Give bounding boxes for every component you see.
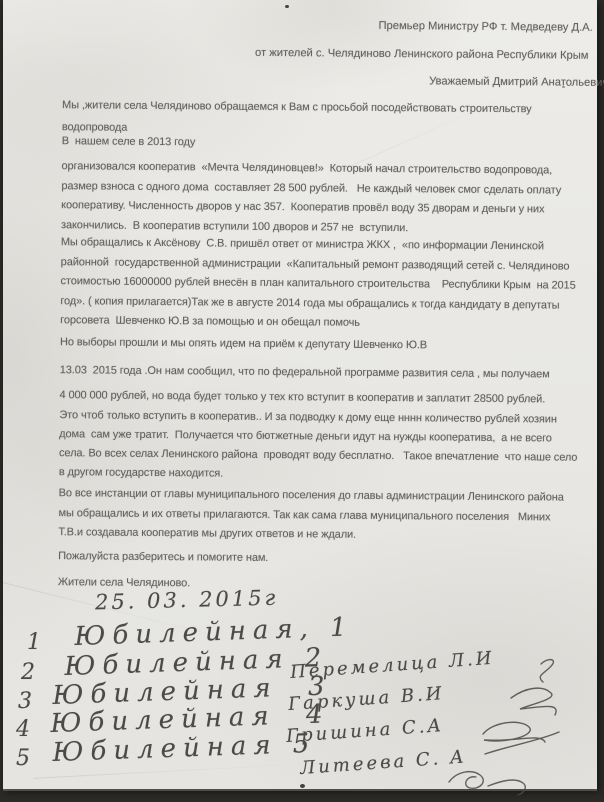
paragraph-plea: Пожалуйста разберитесь и помогите нам. (58, 547, 268, 568)
from-line: от жителей с. Челядиново Ленинского райо… (255, 47, 589, 62)
typed-text-block: Премьер Министру РФ т. Медведеву Д.А. от… (3, 0, 597, 5)
scanned-letter-photo: Премьер Министру РФ т. Медведеву Д.А. от… (0, 0, 604, 802)
paragraph-federal-program: 13.03 2015 года .Он нам сообщил, что по … (59, 358, 549, 412)
paragraph-aksyonov: Мы обращались к Аксёнову С.В. пришёл отв… (60, 233, 576, 335)
recipient-line: Премьер Министру РФ т. Медведеву Д.А. (378, 20, 592, 34)
text-line: Мы ,жители села Челядиново обращаемся к … (62, 94, 532, 120)
address-number: 1 (27, 630, 41, 655)
text-line: В нашем селе в 2013 году (62, 132, 196, 153)
paragraph-village-2013: В нашем селе в 2013 году (62, 132, 196, 153)
address-number: 5 (16, 746, 30, 771)
paragraph-cooperative: организовался кооператив «Мечта Челядино… (61, 157, 561, 239)
text-line: Пожалуйста разберитесь и помогите нам. (58, 547, 268, 568)
salutation-line: Уважаемый Дмитрий Анатольевич (429, 75, 604, 89)
address-number: 2 (21, 660, 35, 685)
paragraph-elections: Но выборы прошли и мы опять идем на приё… (60, 333, 427, 356)
paragraph-authorities: Во все инстанции от главы муниципального… (58, 484, 564, 547)
text-line: Но выборы прошли и мы опять идем на приё… (60, 333, 427, 356)
signature-flourish-scribbles (423, 650, 593, 800)
scan-speck (300, 784, 305, 788)
paragraph-budget-money: Это чтоб только вступить в кооператив.. … (59, 406, 578, 487)
handwritten-date: 25. 03. 2015г (95, 586, 279, 615)
address-number: 3 (18, 689, 32, 714)
letter-page: Премьер Министру РФ т. Медведеву Д.А. от… (3, 0, 597, 789)
scan-speck (285, 5, 289, 8)
address-number: 4 (16, 717, 30, 742)
